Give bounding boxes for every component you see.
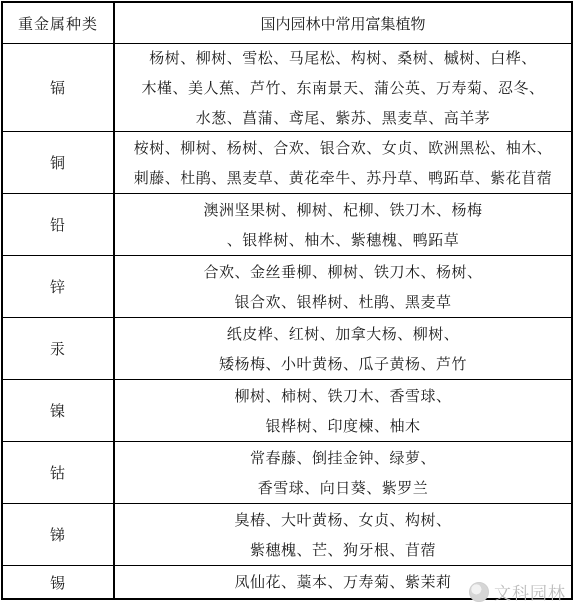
table-row-zinc: 锌 合欢、金丝垂柳、柳树、铁刀木、杨树、 银合欢、银桦树、杜鹃、黑麦草 — [3, 255, 571, 317]
metal-name: 铜 — [3, 132, 115, 193]
plants-line: 臭椿、大叶黄杨、女贞、构树、 — [234, 505, 451, 535]
metal-name: 铅 — [3, 194, 115, 255]
plants-line: 桉树、柳树、杨树、合欢、银合欢、女贞、欧洲黑松、柚木、 — [134, 133, 553, 163]
plants-line: 纸皮桦、红树、加拿大杨、柳树、 — [227, 319, 460, 349]
table-row-cadmium: 镉 杨树、柳树、雪松、马尾松、构树、桑树、槭树、白桦、 木槿、美人蕉、芦竹、东南… — [3, 43, 571, 131]
metal-name: 钴 — [3, 442, 115, 503]
plants-list: 常春藤、倒挂金钟、绿萝、 香雪球、向日葵、紫罗兰 — [115, 442, 571, 503]
plants-list: 柳树、柿树、铁刀木、香雪球、 银桦树、印度楝、柚木 — [115, 380, 571, 441]
plants-line: 常春藤、倒挂金钟、绿萝、 — [250, 443, 436, 473]
metal-name: 锌 — [3, 256, 115, 317]
plants-list: 纸皮桦、红树、加拿大杨、柳树、 矮杨梅、小叶黄杨、瓜子黄杨、芦竹 — [115, 318, 571, 379]
plants-line: 澳洲坚果树、柳树、杞柳、铁刀木、杨梅 — [203, 195, 482, 225]
plants-line: 刺藤、杜鹃、黑麦草、黄花牵牛、苏丹草、鸭跖草、紫花苜蓿 — [134, 163, 553, 193]
plants-line: 紫穗槐、芒、狗牙根、苜蓿 — [250, 535, 436, 565]
plants-list: 臭椿、大叶黄杨、女贞、构树、 紫穗槐、芒、狗牙根、苜蓿 — [115, 504, 571, 565]
table-row-mercury: 汞 纸皮桦、红树、加拿大杨、柳树、 矮杨梅、小叶黄杨、瓜子黄杨、芦竹 — [3, 317, 571, 379]
metal-name: 汞 — [3, 318, 115, 379]
plants-list: 桉树、柳树、杨树、合欢、银合欢、女贞、欧洲黑松、柚木、 刺藤、杜鹃、黑麦草、黄花… — [115, 132, 571, 193]
table-row-lead: 铅 澳洲坚果树、柳树、杞柳、铁刀木、杨梅 、银桦树、柚木、紫穗槐、鸭跖草 — [3, 193, 571, 255]
table-row-cobalt: 钴 常春藤、倒挂金钟、绿萝、 香雪球、向日葵、紫罗兰 — [3, 441, 571, 503]
metal-name: 锑 — [3, 504, 115, 565]
plants-list: 杨树、柳树、雪松、马尾松、构树、桑树、槭树、白桦、 木槿、美人蕉、芦竹、东南景天… — [115, 44, 571, 131]
plants-line: 银桦树、印度楝、柚木 — [265, 411, 420, 441]
plants-line: 香雪球、向日葵、紫罗兰 — [258, 473, 429, 503]
plants-line: 银合欢、银桦树、杜鹃、黑麦草 — [234, 287, 451, 317]
plants-line: 柳树、柿树、铁刀木、香雪球、 — [234, 381, 451, 411]
plants-line: 水葱、菖蒲、鸢尾、紫苏、黑麦草、高羊茅 — [196, 103, 491, 133]
table-header-row: 重金属种类 国内园林中常用富集植物 — [3, 3, 571, 43]
plants-line: 杨树、柳树、雪松、马尾松、构树、桑树、槭树、白桦、 — [149, 43, 537, 73]
header-plants: 国内园林中常用富集植物 — [115, 3, 571, 43]
metal-name: 镍 — [3, 380, 115, 441]
table-row-antimony: 锑 臭椿、大叶黄杨、女贞、构树、 紫穗槐、芒、狗牙根、苜蓿 — [3, 503, 571, 565]
table-row-tin: 锡 凤仙花、藁本、万寿菊、紫茉莉 — [3, 565, 571, 598]
plants-line: 凤仙花、藁本、万寿菊、紫茉莉 — [234, 567, 451, 597]
plants-list: 合欢、金丝垂柳、柳树、铁刀木、杨树、 银合欢、银桦树、杜鹃、黑麦草 — [115, 256, 571, 317]
plants-line: 矮杨梅、小叶黄杨、瓜子黄杨、芦竹 — [219, 349, 467, 379]
metal-name: 锡 — [3, 566, 115, 598]
plants-list: 澳洲坚果树、柳树、杞柳、铁刀木、杨梅 、银桦树、柚木、紫穗槐、鸭跖草 — [115, 194, 571, 255]
plants-line: 木槿、美人蕉、芦竹、东南景天、蒲公英、万寿菊、忍冬、 — [141, 73, 544, 103]
plants-line: 合欢、金丝垂柳、柳树、铁刀木、杨树、 — [203, 257, 482, 287]
header-metal-type: 重金属种类 — [3, 3, 115, 43]
table-row-nickel: 镍 柳树、柿树、铁刀木、香雪球、 银桦树、印度楝、柚木 — [3, 379, 571, 441]
table-row-copper: 铜 桉树、柳树、杨树、合欢、银合欢、女贞、欧洲黑松、柚木、 刺藤、杜鹃、黑麦草、… — [3, 131, 571, 193]
plants-line: 、银桦树、柚木、紫穗槐、鸭跖草 — [227, 225, 460, 255]
heavy-metal-plants-table: 重金属种类 国内园林中常用富集植物 镉 杨树、柳树、雪松、马尾松、构树、桑树、槭… — [1, 1, 573, 600]
metal-name: 镉 — [3, 44, 115, 131]
plants-list: 凤仙花、藁本、万寿菊、紫茉莉 — [115, 566, 571, 598]
